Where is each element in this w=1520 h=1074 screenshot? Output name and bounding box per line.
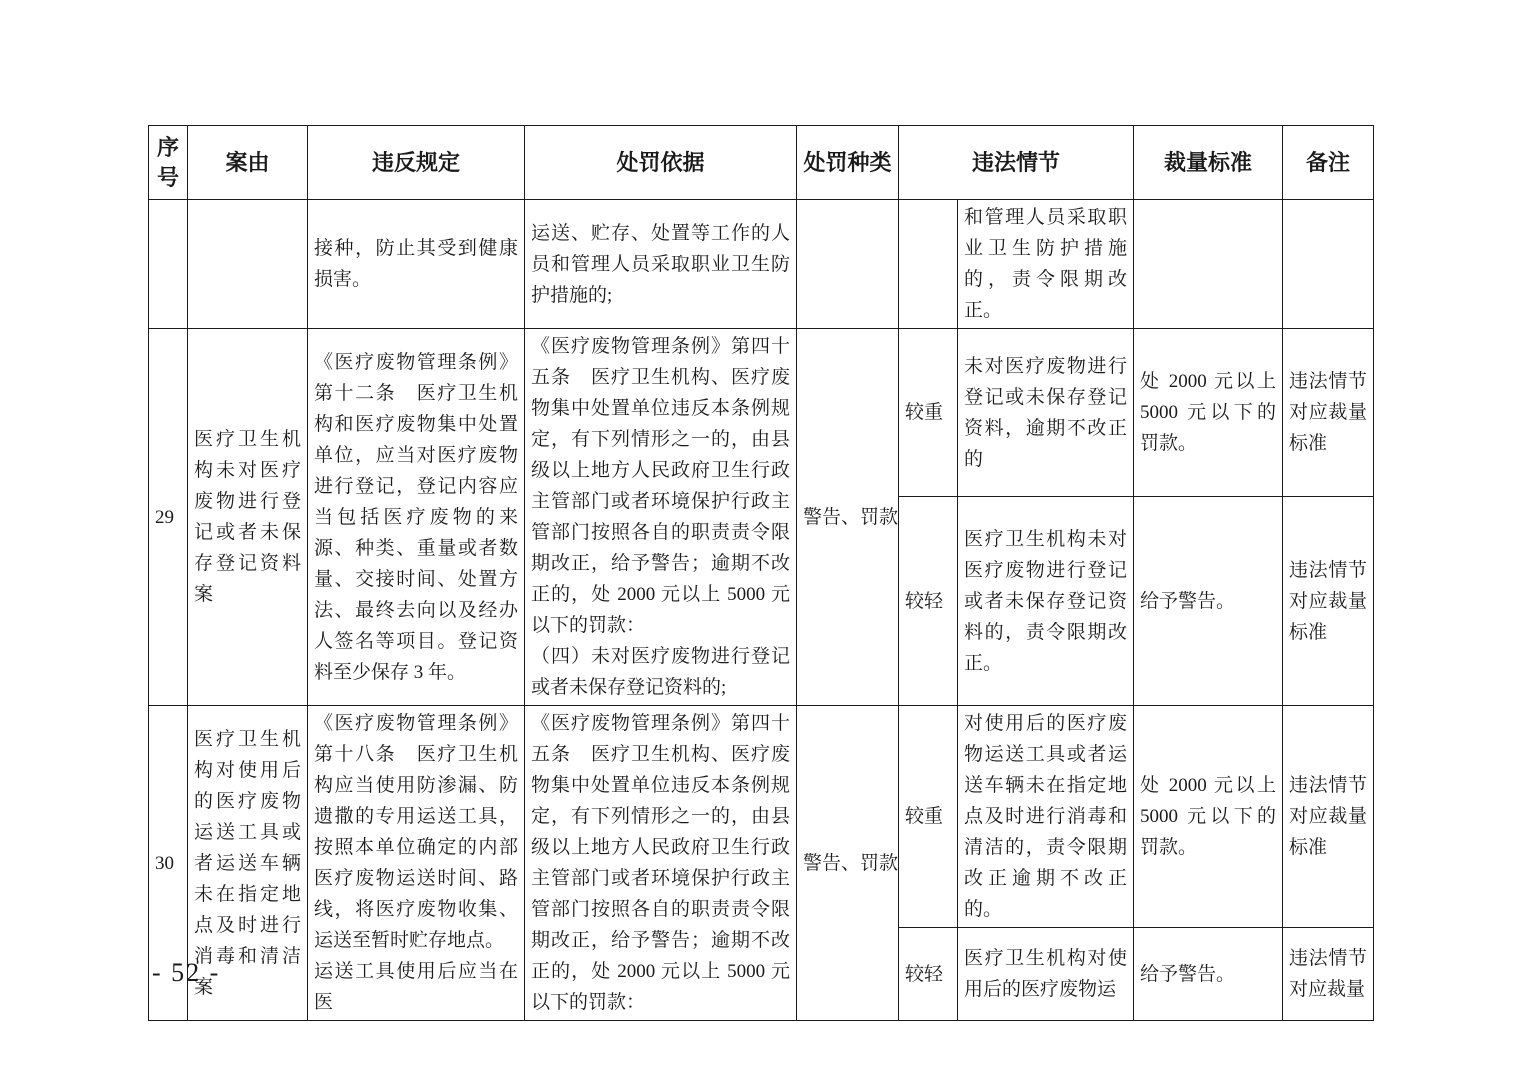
cont-severity-cell xyxy=(899,200,958,329)
cont-basis-cell: 运送、贮存、处置等工作的人员和管理人员采取职业卫生防护措施的; xyxy=(525,200,797,329)
row29-index-cell: 29 xyxy=(149,329,188,706)
penalty-table: 序号 案由 违反规定 处罚依据 处罚种类 违法情节 裁量标准 备注 接种，防止其… xyxy=(148,125,1374,1021)
row29-severe-circumstance-cell: 未对医疗废物进行登记或未保存登记资料，逾期不改正的 xyxy=(958,329,1134,497)
cont-remark-cell xyxy=(1283,200,1374,329)
row30-severe-circumstance-cell: 对使用后的医疗废物运送工具或者运送车辆未在指定地点及时进行消毒和清洁的，责令限期… xyxy=(958,706,1134,928)
cont-cause-cell xyxy=(188,200,308,329)
row30-light-circumstance-cell: 医疗卫生机构对使用后的医疗废物运 xyxy=(958,928,1134,1021)
header-index: 序号 xyxy=(149,126,188,200)
header-cause: 案由 xyxy=(188,126,308,200)
row30-penalty-type-cell: 警告、罚款 xyxy=(797,706,899,1021)
cont-standard-cell xyxy=(1134,200,1283,329)
row-29-severe: 29 医疗卫生机构未对医疗废物进行登记或者未保存登记资料案 《医疗废物管理条例》… xyxy=(149,329,1374,497)
row29-penalty-type-cell: 警告、罚款 xyxy=(797,329,899,706)
row29-light-standard-cell: 给予警告。 xyxy=(1134,497,1283,706)
header-penalty-type: 处罚种类 xyxy=(797,126,899,200)
cont-penalty-type-cell xyxy=(797,200,899,329)
row30-regulation-cell: 《医疗废物管理条例》第十八条 医疗卫生机构应当使用防渗漏、防遗撒的专用运送工具，… xyxy=(308,706,525,1021)
row30-severe-remark-cell: 违法情节对应裁量标准 xyxy=(1283,706,1374,928)
table-header-row: 序号 案由 违反规定 处罚依据 处罚种类 违法情节 裁量标准 备注 xyxy=(149,126,1374,200)
header-standard: 裁量标准 xyxy=(1134,126,1283,200)
row30-light-level-cell: 较轻 xyxy=(899,928,958,1021)
cont-circumstance-cell: 和管理人员采取职业卫生防护措施的，责令限期改正。 xyxy=(958,200,1134,329)
row30-severe-standard-cell: 处 2000 元以上 5000 元以下的罚款。 xyxy=(1134,706,1283,928)
page-number: - 52 - xyxy=(152,958,220,988)
header-circumstances: 违法情节 xyxy=(899,126,1134,200)
row29-light-remark-cell: 违法情节对应裁量标准 xyxy=(1283,497,1374,706)
row30-light-standard-cell: 给予警告。 xyxy=(1134,928,1283,1021)
row29-light-level-cell: 较轻 xyxy=(899,497,958,706)
header-regulation: 违反规定 xyxy=(308,126,525,200)
document-page: 序号 案由 违反规定 处罚依据 处罚种类 违法情节 裁量标准 备注 接种，防止其… xyxy=(0,0,1520,1074)
row30-basis-cell: 《医疗废物管理条例》第四十五条 医疗卫生机构、医疗废物集中处置单位违反本条例规定… xyxy=(525,706,797,1021)
penalty-table-wrap: 序号 案由 违反规定 处罚依据 处罚种类 违法情节 裁量标准 备注 接种，防止其… xyxy=(148,125,1374,1021)
row29-regulation-cell: 《医疗废物管理条例》第十二条 医疗卫生机构和医疗废物集中处置单位，应当对医疗废物… xyxy=(308,329,525,706)
row30-severe-level-cell: 较重 xyxy=(899,706,958,928)
row29-light-circumstance-cell: 医疗卫生机构未对医疗废物进行登记或者未保存登记资料的，责令限期改正。 xyxy=(958,497,1134,706)
row29-severe-standard-cell: 处 2000 元以上 5000 元以下的罚款。 xyxy=(1134,329,1283,497)
row29-cause-cell: 医疗卫生机构未对医疗废物进行登记或者未保存登记资料案 xyxy=(188,329,308,706)
row29-severe-remark-cell: 违法情节对应裁量标准 xyxy=(1283,329,1374,497)
row29-basis-cell: 《医疗废物管理条例》第四十五条 医疗卫生机构、医疗废物集中处置单位违反本条例规定… xyxy=(525,329,797,706)
header-basis: 处罚依据 xyxy=(525,126,797,200)
row30-light-remark-cell: 违法情节对应裁量 xyxy=(1283,928,1374,1021)
header-remark: 备注 xyxy=(1283,126,1374,200)
row-continuation: 接种，防止其受到健康损害。 运送、贮存、处置等工作的人员和管理人员采取职业卫生防… xyxy=(149,200,1374,329)
row-30-severe: 30 医疗卫生机构对使用后的医疗废物运送工具或者运送车辆未在指定地点及时进行消毒… xyxy=(149,706,1374,928)
cont-index-cell xyxy=(149,200,188,329)
row29-severe-level-cell: 较重 xyxy=(899,329,958,497)
cont-regulation-cell: 接种，防止其受到健康损害。 xyxy=(308,200,525,329)
